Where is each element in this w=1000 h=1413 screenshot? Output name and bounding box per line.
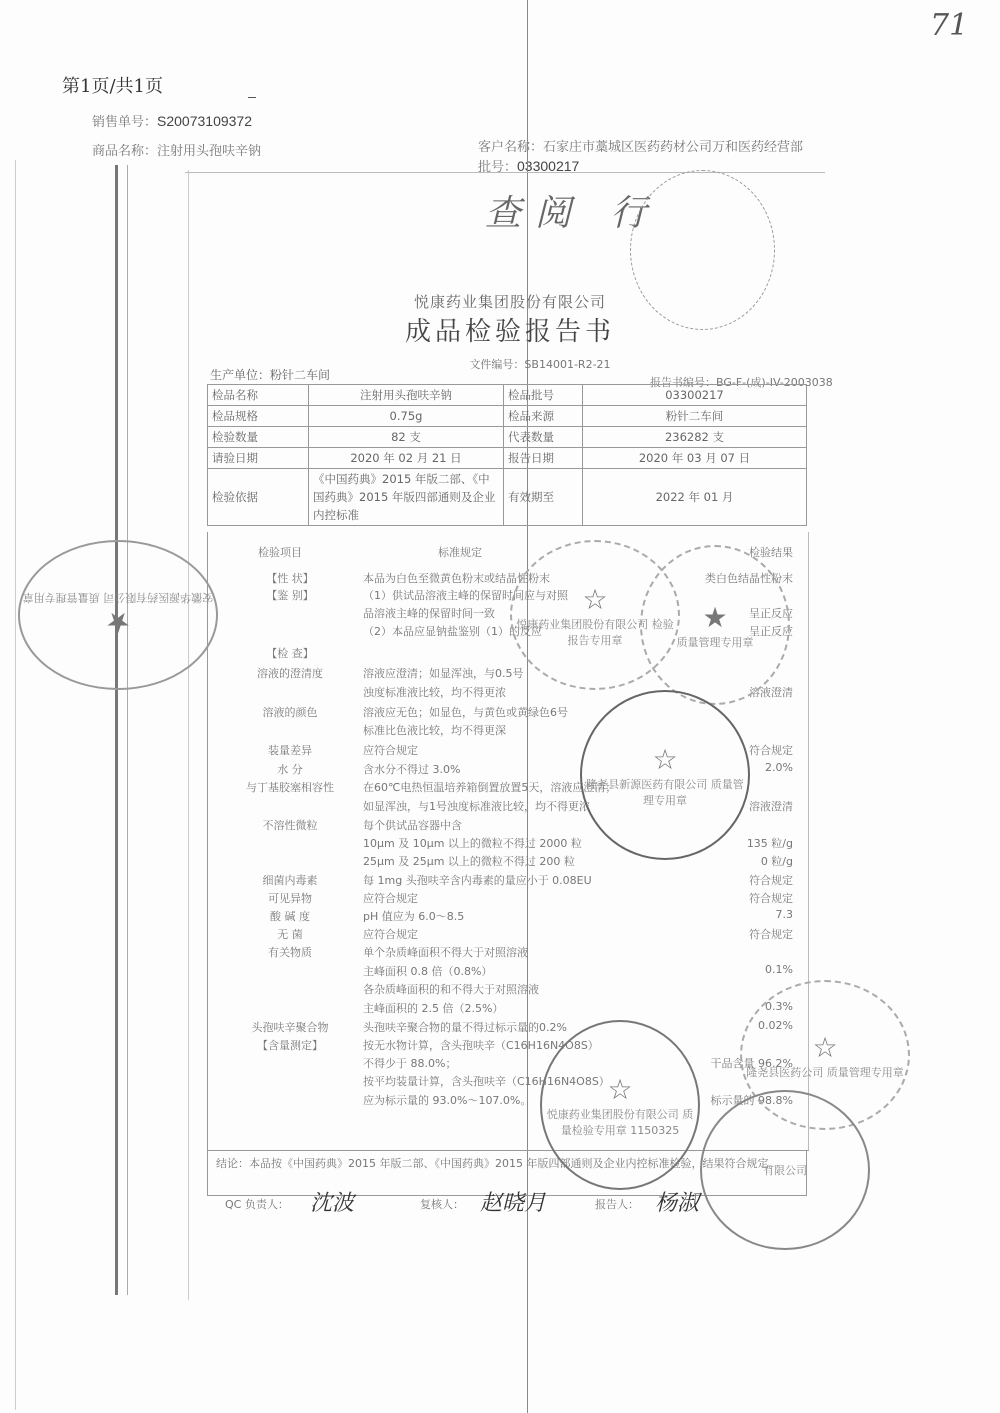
result-standard: 在60℃电热恒温培养箱倒置放置5天，溶液应澄清； xyxy=(363,779,616,795)
result-standard: 溶液应无色；如显色，与黄色或黄绿色6号 xyxy=(363,704,568,720)
result-standard: 应为标示量的 93.0%～107.0%。 xyxy=(363,1092,531,1108)
table-row: 请验日期 2020 年 02 月 21 日 报告日期 2020 年 03 月 0… xyxy=(208,448,807,469)
result-standard: 单个杂质峰面积不得大于对照溶液 xyxy=(363,944,528,960)
star-icon: ☆ xyxy=(812,1031,837,1064)
result-item: 细菌内毒素 xyxy=(230,872,350,888)
result-item: 酸 碱 度 xyxy=(230,908,350,924)
result-result: 7.3 xyxy=(678,908,793,921)
result-item: 无 菌 xyxy=(230,926,350,942)
result-item: 溶液的澄清度 xyxy=(230,665,350,681)
star-icon: ☆ xyxy=(582,583,607,616)
result-item: 【鉴 别】 xyxy=(230,587,350,603)
stamp-center-2: ☆隆尧县新源医药有限公司 质量管理专用章 xyxy=(580,690,750,860)
result-item: 有关物质 xyxy=(230,944,350,960)
result-standard: pH 值应为 6.0～8.5 xyxy=(363,908,464,924)
qc-label: QC 负责人： xyxy=(225,1196,289,1212)
qc-signature: 沈波 xyxy=(310,1186,354,1217)
stamp-bottom-3: 有限公司 xyxy=(700,1090,870,1250)
star-icon: ★ xyxy=(105,607,130,640)
info-table: 检品名称 注射用头孢呋辛钠 检品批号 03300217 检品规格 0.75g 检… xyxy=(207,384,807,526)
result-standard: 品溶液主峰的保留时间一致 xyxy=(363,605,495,621)
result-result: 符合规定 xyxy=(678,872,793,888)
production-unit: 生产单位：粉针二车间 xyxy=(210,366,330,383)
table-row: 检品规格 0.75g 检品来源 粉针二车间 xyxy=(208,406,807,427)
mark xyxy=(248,97,256,98)
scan-edge-line xyxy=(185,172,825,173)
reporter-label: 报告人： xyxy=(595,1196,639,1212)
result-standard: 浊度标准液比较，均不得更浓 xyxy=(363,684,506,700)
reporter-signature: 杨淑 xyxy=(655,1186,699,1217)
result-standard: 主峰面积 0.8 倍（0.8%） xyxy=(363,963,492,979)
result-item: 水 分 xyxy=(230,761,350,777)
result-standard: 主峰面积的 2.5 倍（2.5%） xyxy=(363,1000,503,1016)
table-row: 检验依据 《中国药典》2015 年版二部、《中国药典》2015 年版四部通则及企… xyxy=(208,469,807,526)
result-standard: 25μm 及 25μm 以上的微粒不得过 200 粒 xyxy=(363,853,575,869)
result-standard: 含水分不得过 3.0% xyxy=(363,761,460,777)
star-icon: ☆ xyxy=(652,743,677,776)
document-number: 文件编号：SB14001-R2-21 xyxy=(0,356,1000,372)
result-standard: 每 1mg 头孢呋辛含内毒素的量应小于 0.08EU xyxy=(363,872,592,888)
result-item: 【性 状】 xyxy=(230,570,350,586)
header-item: 检验项目 xyxy=(230,544,330,560)
corner-mark: 71 xyxy=(930,8,968,43)
result-result: 符合规定 xyxy=(678,890,793,906)
star-icon: ★ xyxy=(702,601,727,634)
checker-signature: 赵晓月 xyxy=(480,1186,546,1217)
result-item: 【检 查】 xyxy=(230,645,350,661)
result-result: 0 粒/g xyxy=(678,853,793,869)
table-row: 检品名称 注射用头孢呋辛钠 检品批号 03300217 xyxy=(208,385,807,406)
page-indicator: 第1页/共1页 xyxy=(62,72,163,98)
result-item: 不溶性微粒 xyxy=(230,817,350,833)
result-item: 装量差异 xyxy=(230,742,350,758)
result-item: 头孢呋辛聚合物 xyxy=(230,1019,350,1035)
result-standard: 应符合规定 xyxy=(363,742,418,758)
star-icon: ☆ xyxy=(607,1073,632,1106)
product-name: 商品名称：注射用头孢呋辛钠 xyxy=(92,140,261,159)
header-standard: 标准规定 xyxy=(438,544,482,560)
result-result: 符合规定 xyxy=(678,926,793,942)
result-standard: 不得少于 88.0%； xyxy=(363,1055,456,1071)
result-standard: 如显浑浊，与1号浊度标准液比较，均不得更浓 xyxy=(363,798,590,814)
stamp-bottom-1: ☆悦康药业集团股份有限公司 质量检验专用章 1150325 xyxy=(540,1020,700,1190)
result-standard: 头孢呋辛聚合物的量不得过标示量的0.2% xyxy=(363,1019,567,1035)
result-standard: 标准比色液比较，均不得更深 xyxy=(363,722,506,738)
result-item: 【含量测定】 xyxy=(230,1037,350,1053)
sales-number: 销售单号：S20073109372 xyxy=(92,111,252,130)
result-standard: 应符合规定 xyxy=(363,926,418,942)
result-standard: 溶液应澄清；如显浑浊，与0.5号 xyxy=(363,665,524,681)
result-item: 溶液的颜色 xyxy=(230,704,350,720)
result-standard: 10μm 及 10μm 以上的微粒不得过 2000 粒 xyxy=(363,835,582,851)
result-item: 可见异物 xyxy=(230,890,350,906)
result-standard: 每个供试品容器中含 xyxy=(363,817,462,833)
result-standard: 应符合规定 xyxy=(363,890,418,906)
result-item: 与丁基胶塞相容性 xyxy=(230,779,350,795)
report-title: 成品检验报告书 xyxy=(0,311,1000,348)
result-result: 0.1% xyxy=(678,963,793,976)
result-standard: 各杂质峰面积的和不得大于对照溶液 xyxy=(363,981,539,997)
stamp-right-top: ★质量管理专用章 xyxy=(640,545,790,705)
checker-label: 复核人： xyxy=(420,1196,464,1212)
company-name: 悦康药业集团股份有限公司 xyxy=(0,291,1000,312)
stamp-left: ★安徽华源医药有限公司 质量管理专用章 xyxy=(18,540,218,690)
table-row: 检验数量 82 支 代表数量 236282 支 xyxy=(208,427,807,448)
